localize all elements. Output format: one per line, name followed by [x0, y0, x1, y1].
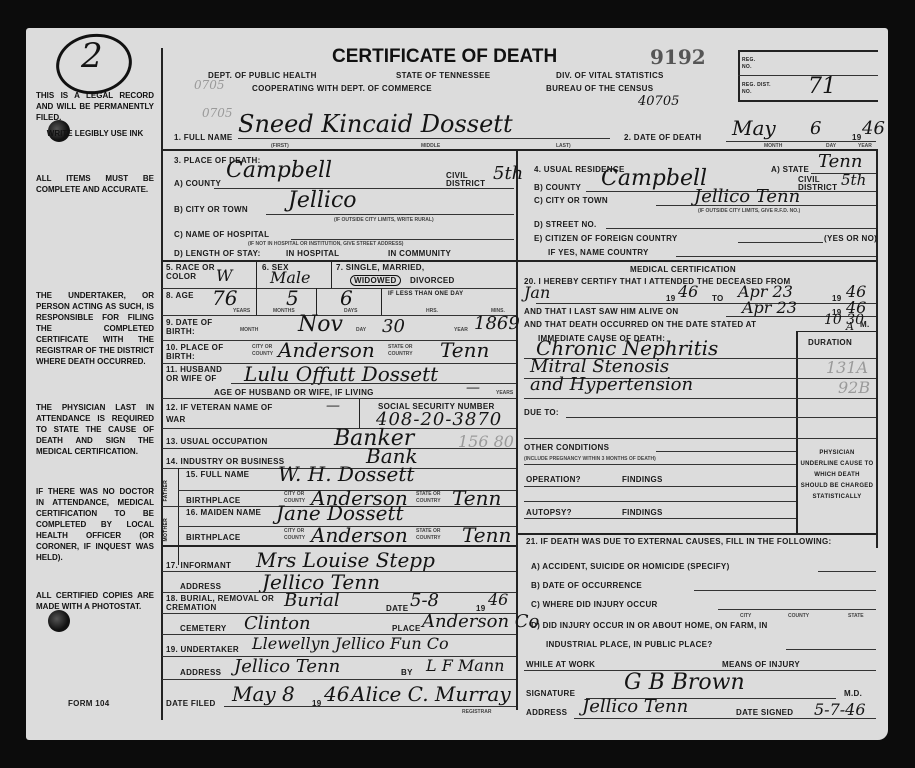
res-state-value: Tenn — [818, 151, 862, 172]
marital-label: 7. SINGLE, MARRIED, — [336, 263, 424, 272]
divider — [162, 448, 516, 449]
underline — [536, 303, 876, 304]
section-divider — [517, 533, 878, 535]
state-caption: STATE — [848, 613, 864, 619]
mother-state-label: STATE OR COUNTRY — [416, 528, 448, 542]
due-to-label: DUE TO: — [524, 408, 559, 417]
notice-undertaker: THE UNDERTAKER, OR PERSON ACTING AS SUCH… — [36, 290, 154, 367]
dob-day-label: DAY — [356, 327, 366, 333]
section-divider — [162, 260, 878, 262]
signature-label: SIGNATURE — [526, 689, 575, 698]
occurrence-date-label: B) DATE OF OCCURRENCE — [531, 581, 642, 590]
pob-state-label: STATE OR COUNTRY — [388, 344, 420, 358]
divider — [256, 261, 257, 288]
operation-findings-label: FINDINGS — [622, 475, 663, 484]
where-injury-label: C) WHERE DID INJURY OCCUR — [531, 600, 658, 609]
external-causes-label: 21. IF DEATH WAS DUE TO EXTERNAL CAUSES,… — [526, 537, 876, 546]
undertaker-value: Llewellyn Jellico Fun Co — [252, 634, 449, 653]
hospital-label: C) NAME OF HOSPITAL — [174, 230, 269, 239]
pencil-note: 0705 — [194, 78, 225, 92]
form-number: FORM 104 — [68, 699, 110, 708]
underline — [574, 718, 876, 719]
section-divider — [162, 149, 878, 151]
res-county-value: Campbell — [601, 166, 707, 191]
notice-write-legibly: WRITE LEGIBLY USE INK — [36, 128, 154, 139]
notice-no-doctor: IF THERE WAS NO DOCTOR IN ATTENDANCE, ME… — [36, 486, 154, 563]
accident-label: A) ACCIDENT, SUICIDE OR HOMICIDE (SPECIF… — [531, 562, 730, 571]
in-community-label: IN COMMUNITY — [388, 249, 451, 258]
date-of-death-label: 2. DATE OF DEATH — [624, 133, 701, 142]
underline — [566, 417, 876, 418]
burial-date-value: 5-8 — [410, 590, 439, 611]
underline — [738, 242, 823, 243]
age-years: 76 — [212, 286, 237, 310]
res-country-label: IF YES, NAME COUNTRY — [548, 248, 649, 257]
res-city-value: Jellico Tenn — [694, 186, 800, 207]
spouse-age-label: AGE OF HUSBAND OR WIFE, IF LIVING — [214, 388, 374, 397]
file-number: 40705 — [638, 94, 679, 109]
dob-day-value: 30 — [382, 316, 405, 337]
year-prefix: 19 — [832, 294, 842, 303]
underline — [266, 214, 514, 215]
injury-place-label: D) DID INJURY OCCUR IN OR ABOUT HOME, ON… — [531, 621, 768, 630]
undertaker-address-label: ADDRESS — [180, 668, 221, 677]
city-label: B) CITY OR TOWN — [174, 205, 248, 214]
res-street-label: D) STREET NO. — [534, 220, 597, 229]
underline — [606, 228, 876, 229]
county-value: Campbell — [226, 158, 332, 183]
race-value: W — [216, 266, 232, 285]
underline — [524, 518, 796, 519]
mother-name-label: 16. MAIDEN NAME — [186, 508, 266, 517]
city-caption: (IF OUTSIDE CITY LIMITS, WRITE RURAL) — [334, 217, 434, 223]
spouse-label: 11. HUSBAND OR WIFE OF — [166, 365, 234, 383]
year-prefix: 19 — [666, 294, 676, 303]
burial-label: 18. BURIAL, REMOVAL OR CREMATION — [166, 594, 276, 612]
physician-note: PHYSICIAN UNDERLINE CAUSE TO WHICH DEATH… — [800, 448, 874, 503]
pob-label: 10. PLACE OF BIRTH: — [166, 343, 228, 361]
cause-code-2: 92B — [838, 378, 870, 397]
registrar-caption: REGISTRAR — [462, 709, 491, 715]
operation-label: OPERATION? — [526, 475, 581, 484]
dob-month-label: MONTH — [240, 327, 258, 333]
section-divider — [162, 545, 516, 547]
marital-divorced: DIVORCED — [410, 276, 455, 285]
pob-city-value: Anderson — [278, 338, 375, 362]
divider — [256, 288, 257, 315]
dob-year-value: 1869 — [474, 313, 520, 334]
res-citizen-caption: (YES OR NO) — [824, 234, 877, 243]
header-census: BUREAU OF THE CENSUS — [546, 84, 653, 93]
divider — [316, 288, 317, 315]
physician-address-value: Jellico Tenn — [582, 696, 688, 717]
md-label: M.D. — [844, 689, 862, 698]
length-of-stay-label: D) LENGTH OF STAY: — [174, 249, 261, 258]
undertaker-address-value: Jellico Tenn — [234, 656, 340, 677]
underline — [291, 239, 514, 240]
pob-state-value: Tenn — [440, 338, 489, 362]
in-hospital-label: IN HOSPITAL — [286, 249, 339, 258]
veteran-label: 12. IF VETERAN NAME OF WAR — [166, 402, 276, 426]
date-filed-year: 46 — [324, 682, 349, 706]
death-time-value: 10 30 — [824, 312, 864, 328]
certificate-number: 9192 — [650, 45, 706, 69]
other-conditions-caption: (INCLUDE PREGNANCY WITHIN 3 MONTHS OF DE… — [524, 456, 656, 462]
father-name-value: W. H. Dossett — [278, 462, 414, 486]
date-of-death-day: 6 — [810, 118, 821, 139]
death-certificate: 2 THIS IS A LEGAL RECORD AND WILL BE PER… — [26, 28, 888, 740]
informant-address-label: ADDRESS — [180, 582, 221, 591]
informant-label: 17. INFORMANT — [166, 561, 231, 570]
duration-label: DURATION — [808, 338, 852, 347]
circled-number: 2 — [81, 36, 103, 76]
res-city-label: C) CITY OR TOWN — [534, 196, 608, 205]
underline — [818, 571, 876, 572]
underline — [214, 188, 514, 189]
res-citizen-label: E) CITIZEN OF FOREIGN COUNTRY — [534, 234, 678, 243]
other-conditions-label: OTHER CONDITIONS — [524, 443, 609, 452]
mother-name-value: Jane Dossett — [276, 501, 404, 525]
dob-month-value: Nov — [298, 312, 343, 337]
days-caption: DAYS — [344, 308, 357, 314]
m-label: M. — [860, 320, 870, 329]
punch-hole — [48, 610, 70, 632]
mother-side-label: MOTHER — [163, 518, 169, 541]
mother-birthplace-label: BIRTHPLACE — [186, 533, 241, 542]
father-state-label: STATE OR COUNTRY — [416, 491, 448, 505]
county-caption: COUNTY — [788, 613, 809, 619]
hrs-caption: HRS. — [426, 308, 438, 314]
spouse-age-value: — — [466, 380, 480, 396]
age-days: 6 — [340, 286, 353, 310]
full-name-value: Sneed Kincaid Dossett — [238, 110, 610, 139]
burial-value: Burial — [284, 590, 340, 611]
divider — [381, 288, 382, 315]
spouse-age-caption: YEARS — [496, 390, 513, 396]
reg-dist-label: REG. DIST. NO. — [742, 82, 774, 96]
header-state: STATE OF TENNESSEE — [396, 71, 490, 80]
date-of-death-month: May — [732, 116, 776, 140]
cemetery-place-value: Anderson Co — [422, 611, 539, 632]
veteran-value: — — [326, 398, 340, 414]
while-at-work-label: WHILE AT WORK — [526, 660, 595, 669]
header-commerce: COOPERATING WITH DEPT. OF COMMERCE — [252, 84, 432, 93]
header-vital-stats: DIV. OF VITAL STATISTICS — [556, 71, 664, 80]
hospital-caption: (IF NOT IN HOSPITAL OR INSTITUTION, GIVE… — [248, 241, 403, 247]
physician-address-label: ADDRESS — [526, 708, 567, 717]
certificate-title: CERTIFICATE OF DEATH — [332, 46, 557, 68]
father-birthplace-label: BIRTHPLACE — [186, 496, 241, 505]
underline — [694, 590, 876, 591]
occupation-label: 13. USUAL OCCUPATION — [166, 437, 268, 446]
informant-value: Mrs Louise Stepp — [256, 548, 435, 572]
undertaker-label: 19. UNDERTAKER — [166, 645, 239, 654]
undertaker-by-value: L F Mann — [426, 656, 504, 675]
injury-place-label-2: INDUSTRIAL PLACE, IN PUBLIC PLACE? — [546, 640, 713, 649]
mother-state-value: Tenn — [462, 523, 511, 547]
res-civil-district-label: CIVIL DISTRICT — [798, 176, 838, 192]
date-signed-label: DATE SIGNED — [736, 708, 793, 717]
reg-no-label: REG. NO. — [742, 57, 762, 71]
res-city-caption: (IF OUTSIDE CITY LIMITS, GIVE R.F.D. NO.… — [698, 208, 800, 214]
industry-label: 14. INDUSTRY OR BUSINESS — [166, 457, 284, 466]
pob-city-label: CITY OR COUNTY — [252, 344, 280, 358]
dob-year-label: YEAR — [454, 327, 468, 333]
cemetery-place-label: PLACE — [392, 624, 421, 633]
sex-value: Male — [270, 268, 311, 287]
underline — [656, 451, 796, 452]
res-county-label: B) COUNTY — [534, 183, 581, 192]
underline — [524, 464, 796, 465]
date-filed-value: May 8 — [232, 682, 295, 706]
underline — [524, 486, 796, 487]
underline — [656, 205, 876, 206]
underline — [718, 609, 876, 610]
notice-legal-record: THIS IS A LEGAL RECORD AND WILL BE PERMA… — [36, 90, 154, 123]
means-of-injury-label: MEANS OF INJURY — [722, 660, 800, 669]
underline — [786, 649, 876, 650]
civil-district-label: CIVIL DISTRICT — [446, 172, 486, 188]
age-months: 5 — [286, 286, 299, 310]
divider — [359, 399, 360, 428]
full-name-label: 1. FULL NAME — [174, 133, 233, 142]
underline — [676, 256, 876, 257]
less-than-day-label: IF LESS THAN ONE DAY — [388, 291, 463, 297]
notice-photostat: ALL CERTIFIED COPIES ARE MADE WITH A PHO… — [36, 590, 154, 612]
reg-dist-value: 71 — [808, 74, 836, 99]
autopsy-findings-label: FINDINGS — [622, 508, 663, 517]
death-time-text: AND THAT DEATH OCCURRED ON THE DATE STAT… — [524, 320, 756, 329]
cemetery-label: CEMETERY — [180, 624, 227, 633]
underline — [726, 141, 876, 142]
last-saw-text: AND THAT I LAST SAW HIM ALIVE ON — [524, 307, 678, 316]
underline — [524, 438, 876, 439]
registrar-signature: Alice C. Murray — [351, 682, 511, 706]
cause-code-1: 131A — [826, 358, 868, 377]
years-caption: YEARS — [233, 308, 250, 314]
age-label: 8. AGE — [166, 291, 194, 300]
date-filed-label: DATE FILED — [166, 699, 216, 708]
divider — [162, 679, 516, 680]
res-state-label: A) STATE — [771, 165, 809, 174]
city-value: Jellico — [288, 188, 357, 213]
divider — [178, 468, 179, 565]
medical-section-title: MEDICAL CERTIFICATION — [630, 265, 736, 274]
underline — [524, 501, 796, 502]
cemetery-value: Clinton — [244, 613, 311, 634]
undertaker-by-label: BY — [401, 668, 413, 677]
date-of-death-year: 46 — [862, 118, 885, 139]
date-signed-value: 5-7-46 — [814, 700, 866, 719]
father-side-label: FATHER — [163, 480, 169, 501]
mother-city-label: CITY OR COUNTY — [284, 528, 312, 542]
divider — [331, 261, 332, 288]
burial-year-value: 46 — [488, 590, 508, 609]
autopsy-label: AUTOPSY? — [526, 508, 572, 517]
notice-physician: THE PHYSICIAN LAST IN ATTENDANCE IS REQU… — [36, 402, 154, 457]
underline — [524, 398, 876, 399]
months-caption: MONTHS — [273, 308, 295, 314]
notice-all-items: ALL ITEMS MUST BE COMPLETE AND ACCURATE. — [36, 173, 154, 195]
underline — [224, 706, 516, 707]
attended-from-year: 46 — [678, 282, 698, 301]
res-civil-district-value: 5th — [841, 171, 866, 189]
dob-label: 9. DATE OF BIRTH: — [166, 318, 226, 336]
marital-widowed-circled: WIDOWED — [350, 275, 401, 286]
to-label: TO — [712, 294, 724, 303]
pencil-note: 0705 — [202, 106, 233, 120]
city-caption: CITY — [740, 613, 751, 619]
physician-signature: G B Brown — [624, 670, 745, 695]
civil-district-value: 5th — [493, 163, 523, 184]
last-saw-value: Apr 23 — [742, 298, 797, 317]
cause-line-3: and Hypertension — [530, 374, 693, 395]
mother-city-value: Anderson — [311, 523, 408, 547]
father-name-label: 15. FULL NAME — [186, 470, 266, 479]
attended-from: Jan — [524, 283, 550, 302]
county-label: A) COUNTY — [174, 179, 221, 188]
burial-date-label: DATE — [386, 604, 408, 613]
